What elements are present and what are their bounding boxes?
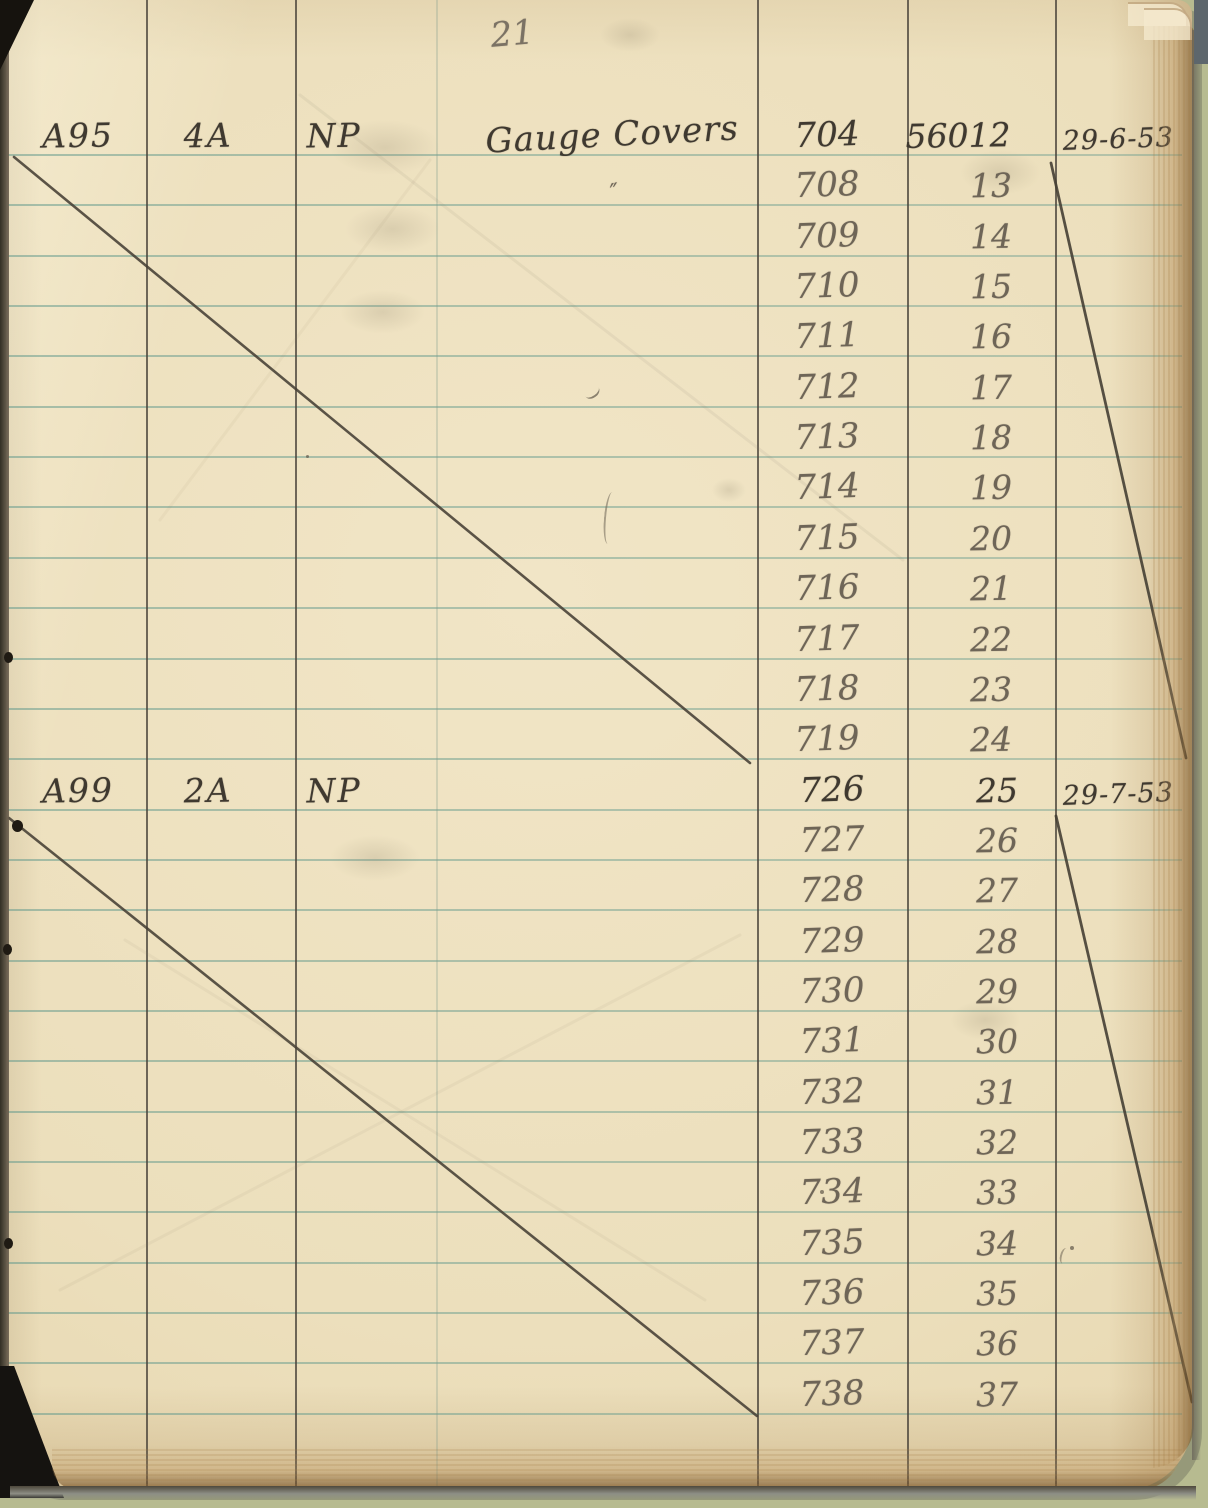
strike-line-entry2-description <box>9 818 757 1416</box>
order-number: 30 <box>976 1015 1019 1062</box>
order-number: 25 <box>976 763 1019 810</box>
serial-number: 715 <box>794 511 860 559</box>
serial-number: 731 <box>799 1014 865 1062</box>
serial-number: 718 <box>794 662 860 710</box>
binding-edge <box>0 0 9 1496</box>
serial-number: 712 <box>794 360 860 408</box>
entry-code: NP <box>306 763 362 810</box>
serial-number: 736 <box>799 1266 865 1314</box>
order-number: 34 <box>976 1216 1019 1263</box>
order-number: 36 <box>976 1317 1019 1364</box>
order-number: 19 <box>970 461 1013 508</box>
order-number: 31 <box>976 1065 1019 1112</box>
serial-number: 730 <box>799 964 865 1012</box>
serial-number: 716 <box>794 561 860 609</box>
order-number: 26 <box>976 814 1019 861</box>
serial-number: 714 <box>794 460 860 508</box>
order-number: 16 <box>970 310 1013 357</box>
order-number: 20 <box>970 511 1013 558</box>
scan-corner-top-right <box>1194 0 1208 64</box>
serial-number: 717 <box>794 611 860 659</box>
order-number: 27 <box>976 864 1019 911</box>
serial-number: 729 <box>799 913 865 961</box>
order-number: 29 <box>976 965 1019 1012</box>
order-number: 21 <box>970 562 1013 609</box>
binding-hole <box>3 944 12 955</box>
ghost-line <box>125 940 705 1300</box>
entry-quantity: 2A <box>183 763 233 810</box>
strike-line-entry1-description <box>14 157 750 763</box>
order-number: 28 <box>976 914 1019 961</box>
order-number: 32 <box>976 1116 1019 1163</box>
serial-number: 709 <box>794 209 860 257</box>
serial-number: 737 <box>799 1316 865 1364</box>
order-number: 15 <box>970 260 1013 307</box>
binding-hole <box>4 652 13 663</box>
serial-number: 726 <box>799 762 865 810</box>
ghost-line <box>60 935 740 1290</box>
scanned-ledger-scene: { "colors": { "paper": "#ecdfbc", "rule_… <box>0 0 1208 1508</box>
serial-number: 719 <box>794 712 860 760</box>
serial-number: 727 <box>799 813 865 861</box>
serial-number: 710 <box>794 259 860 307</box>
order-number: 23 <box>970 662 1013 709</box>
serial-number: 734 <box>799 1165 865 1213</box>
serial-number: 708 <box>794 158 860 206</box>
order-number: 14 <box>970 209 1013 256</box>
binding-hole <box>12 820 23 832</box>
binding-hole <box>4 1238 13 1249</box>
serial-number: 728 <box>799 863 865 911</box>
order-number: 35 <box>976 1267 1019 1314</box>
serial-number: 713 <box>794 410 860 458</box>
serial-number: 704 <box>794 108 860 156</box>
order-number: 18 <box>970 411 1013 458</box>
page-stack-edge-bottom <box>52 1446 1182 1490</box>
serial-number: 735 <box>799 1216 865 1264</box>
order-number: 56012 <box>905 108 1011 156</box>
page-curl <box>1144 8 1192 40</box>
entry-ref: A95 <box>42 108 115 155</box>
entry-ref: A99 <box>42 763 115 810</box>
serial-number: 738 <box>799 1367 865 1415</box>
serial-number: 733 <box>799 1115 865 1163</box>
order-number: 33 <box>976 1166 1019 1213</box>
strike-through-lines <box>0 0 1208 1508</box>
serial-number: 732 <box>799 1065 865 1113</box>
order-number: 37 <box>976 1367 1019 1414</box>
serial-number: 711 <box>794 309 860 357</box>
scan-shadow-bottom <box>10 1486 1196 1500</box>
page-number: 21 <box>488 6 535 56</box>
order-number: 17 <box>970 360 1013 407</box>
page-stack-edge-right <box>1150 26 1194 1468</box>
order-number: 24 <box>970 713 1013 760</box>
scan-shadow-right <box>1192 30 1201 1460</box>
entry-quantity: 4A <box>183 109 233 156</box>
entry-code: NP <box>306 109 362 156</box>
order-number: 13 <box>970 159 1013 206</box>
order-number: 22 <box>970 612 1013 659</box>
